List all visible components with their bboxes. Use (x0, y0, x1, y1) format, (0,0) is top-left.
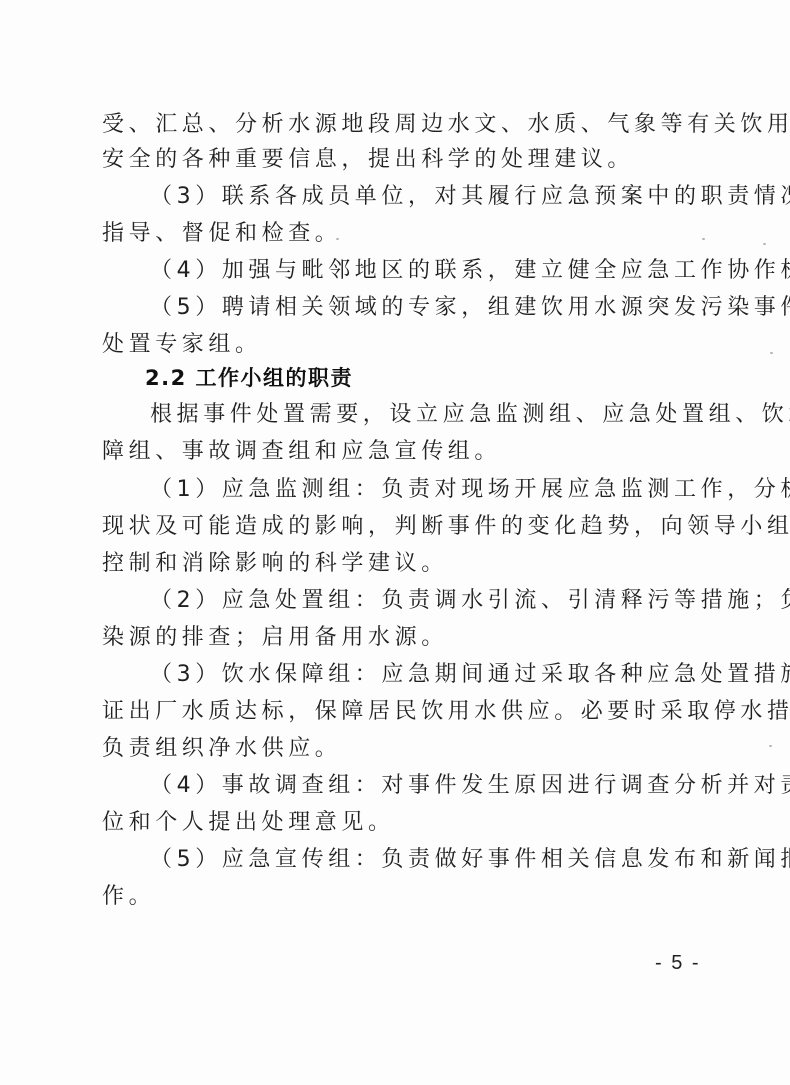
paragraph-line: 染源的排查；启用备用水源。 (102, 623, 702, 653)
list-item-line: （4）加强与毗邻地区的联系，建立健全应急工作协作机制。 (150, 256, 750, 286)
list-item-line: （5）应急宣传组：负责做好事件相关信息发布和新闻报道工 (150, 845, 750, 875)
paragraph-line: 处置专家组。 (102, 330, 702, 360)
list-item-line: （4）事故调查组：对事件发生原因进行调查分析并对责任单 (150, 771, 750, 801)
paragraph-line: 指导、督促和检查。 (102, 219, 702, 249)
paragraph-line: 负责组织净水供应。 (102, 734, 702, 764)
scan-speck (763, 243, 766, 245)
scan-speck (769, 745, 772, 747)
paragraph-line: 根据事件处置需要，设立应急监测组、应急处置组、饮水保 (150, 400, 750, 430)
paragraph-line: 证出厂水质达标，保障居民饮用水供应。必要时采取停水措施； (102, 697, 702, 727)
list-item-line: （3）联系各成员单位，对其履行应急预案中的职责情况进行 (150, 182, 750, 212)
paragraph-line: 障组、事故调查组和应急宣传组。 (102, 437, 702, 467)
scan-speck (336, 238, 339, 240)
list-item-line: （1）应急监测组：负责对现场开展应急监测工作，分析污染 (150, 475, 750, 505)
scan-speck (770, 352, 773, 354)
list-item-line: （2）应急处置组：负责调水引流、引清释污等措施；负责污 (150, 586, 750, 616)
paragraph-line: 安全的各种重要信息，提出科学的处理建议。 (102, 145, 702, 175)
list-item-line: （3）饮水保障组：应急期间通过采取各种应急处置措施，保 (150, 660, 750, 690)
list-item-line: （5）聘请相关领域的专家，组建饮用水源突发污染事件应急 (150, 293, 750, 323)
paragraph-line: 现状及可能造成的影响，判断事件的变化趋势，向领导小组提出 (102, 512, 702, 542)
paragraph-line: 控制和消除影响的科学建议。 (102, 549, 702, 579)
section-heading: 2.2 工作小组的职责 (145, 363, 353, 393)
scan-speck (702, 238, 705, 240)
document-page: 受、汇总、分析水源地段周边水文、水质、气象等有关饮用水源 安全的各种重要信息，提… (0, 0, 790, 1085)
page-number: - 5 - (655, 952, 701, 975)
paragraph-line: 作。 (102, 882, 702, 912)
paragraph-line: 位和个人提出处理意见。 (102, 808, 702, 838)
paragraph-line: 受、汇总、分析水源地段周边水文、水质、气象等有关饮用水源 (102, 110, 702, 140)
